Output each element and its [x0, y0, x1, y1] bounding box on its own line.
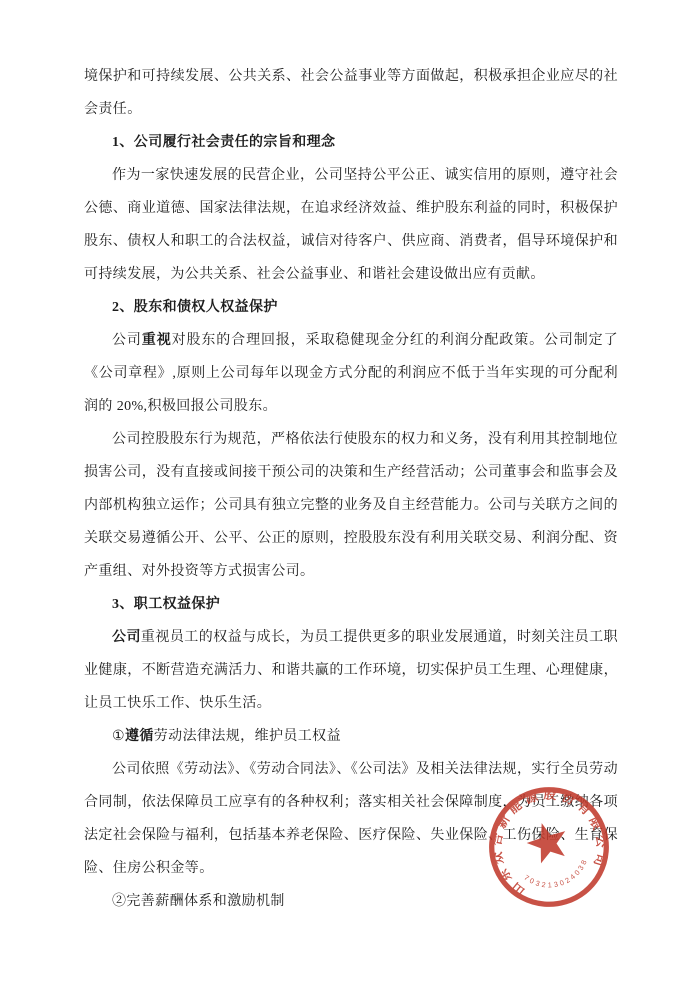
paragraph: 境保护和可持续发展、公共关系、社会公益事业等方面做起，积极承担企业应尽的社会责任… [84, 60, 618, 126]
text-run: 作为一家快速发展的民营企业，公司坚持公平公正、诚实信用的原则，遵守社会公德、商业… [84, 168, 618, 282]
bold-text-run: 重视 [142, 333, 172, 348]
bold-text-run: 2、股东和债权人权益保护 [112, 300, 278, 315]
paragraph: ①遵循劳动法律法规，维护员工权益 [84, 720, 618, 753]
text-run: ②完善薪酬体系和激励机制 [112, 894, 285, 909]
paragraph: 公司重视对股东的合理回报，采取稳健现金分红的利润分配政策。公司制定了《公司章程》… [84, 324, 618, 423]
text-run: 劳动法律法规，维护员工权益 [154, 729, 341, 744]
document-body: 境保护和可持续发展、公共关系、社会公益事业等方面做起，积极承担企业应尽的社会责任… [84, 60, 618, 918]
text-run: 公司依照《劳动法》、《劳动合同法》、《公司法》及相关法律法规，实行全员劳动合同制… [84, 762, 618, 876]
paragraph: 作为一家快速发展的民营企业，公司坚持公平公正、诚实信用的原则，遵守社会公德、商业… [84, 159, 618, 291]
heading: 1、公司履行社会责任的宗旨和理念 [84, 126, 618, 159]
text-run: 境保护和可持续发展、公共关系、社会公益事业等方面做起，积极承担企业应尽的社会责任… [84, 69, 618, 117]
bold-text-run: 3、职工权益保护 [112, 597, 220, 612]
text-run: ① [112, 729, 125, 744]
bold-text-run: 遵循 [125, 729, 154, 744]
paragraph: 公司依照《劳动法》、《劳动合同法》、《公司法》及相关法律法规，实行全员劳动合同制… [84, 753, 618, 885]
text-run: 公司控股股东行为规范，严格依法行使股东的权力和义务，没有利用其控制地位损害公司，… [84, 432, 618, 579]
bold-text-run: 公司 [112, 630, 141, 645]
bold-text-run: 1、公司履行社会责任的宗旨和理念 [112, 135, 335, 150]
heading: 3、职工权益保护 [84, 588, 618, 621]
paragraph: 公司控股股东行为规范，严格依法行使股东的权力和义务，没有利用其控制地位损害公司，… [84, 423, 618, 588]
paragraph: 公司重视员工的权益与成长，为员工提供更多的职业发展通道，时刻关注员工职业健康，不… [84, 621, 618, 720]
text-run: 公司 [112, 333, 142, 348]
heading: 2、股东和债权人权益保护 [84, 291, 618, 324]
paragraph: ②完善薪酬体系和激励机制 [84, 885, 618, 918]
text-run: 重视员工的权益与成长，为员工提供更多的职业发展通道，时刻关注员工职业健康，不断营… [84, 630, 618, 711]
document-page: 境保护和可持续发展、公共关系、社会公益事业等方面做起，积极承担企业应尽的社会责任… [0, 0, 700, 990]
